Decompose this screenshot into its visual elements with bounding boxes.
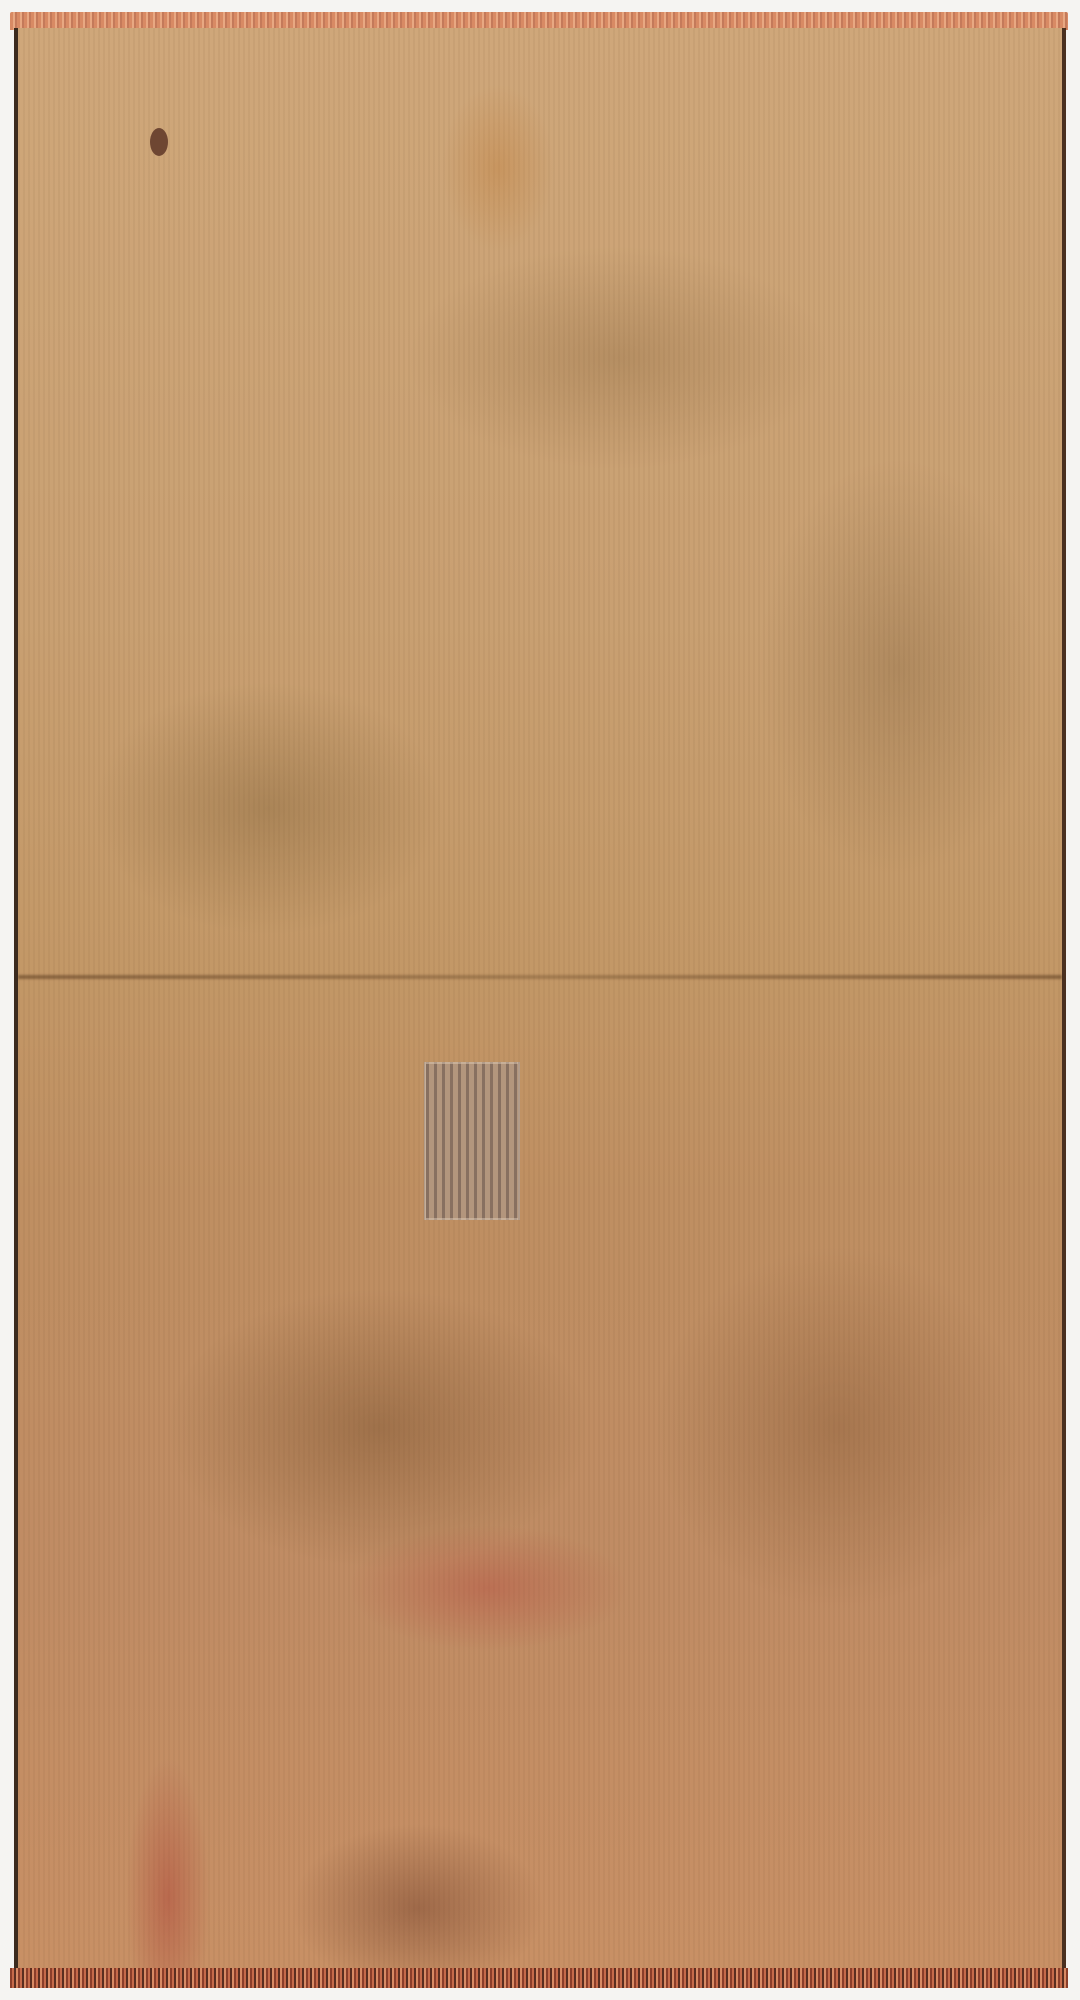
dark-spot (150, 128, 168, 156)
fold-line (18, 975, 1062, 979)
repair-patch (424, 1062, 520, 1220)
rug-bottom-fringe (10, 1968, 1068, 1988)
rug (14, 28, 1066, 1972)
image-description: Worn shaggy pile rug, tan/camel color wi… (0, 0, 1, 1)
